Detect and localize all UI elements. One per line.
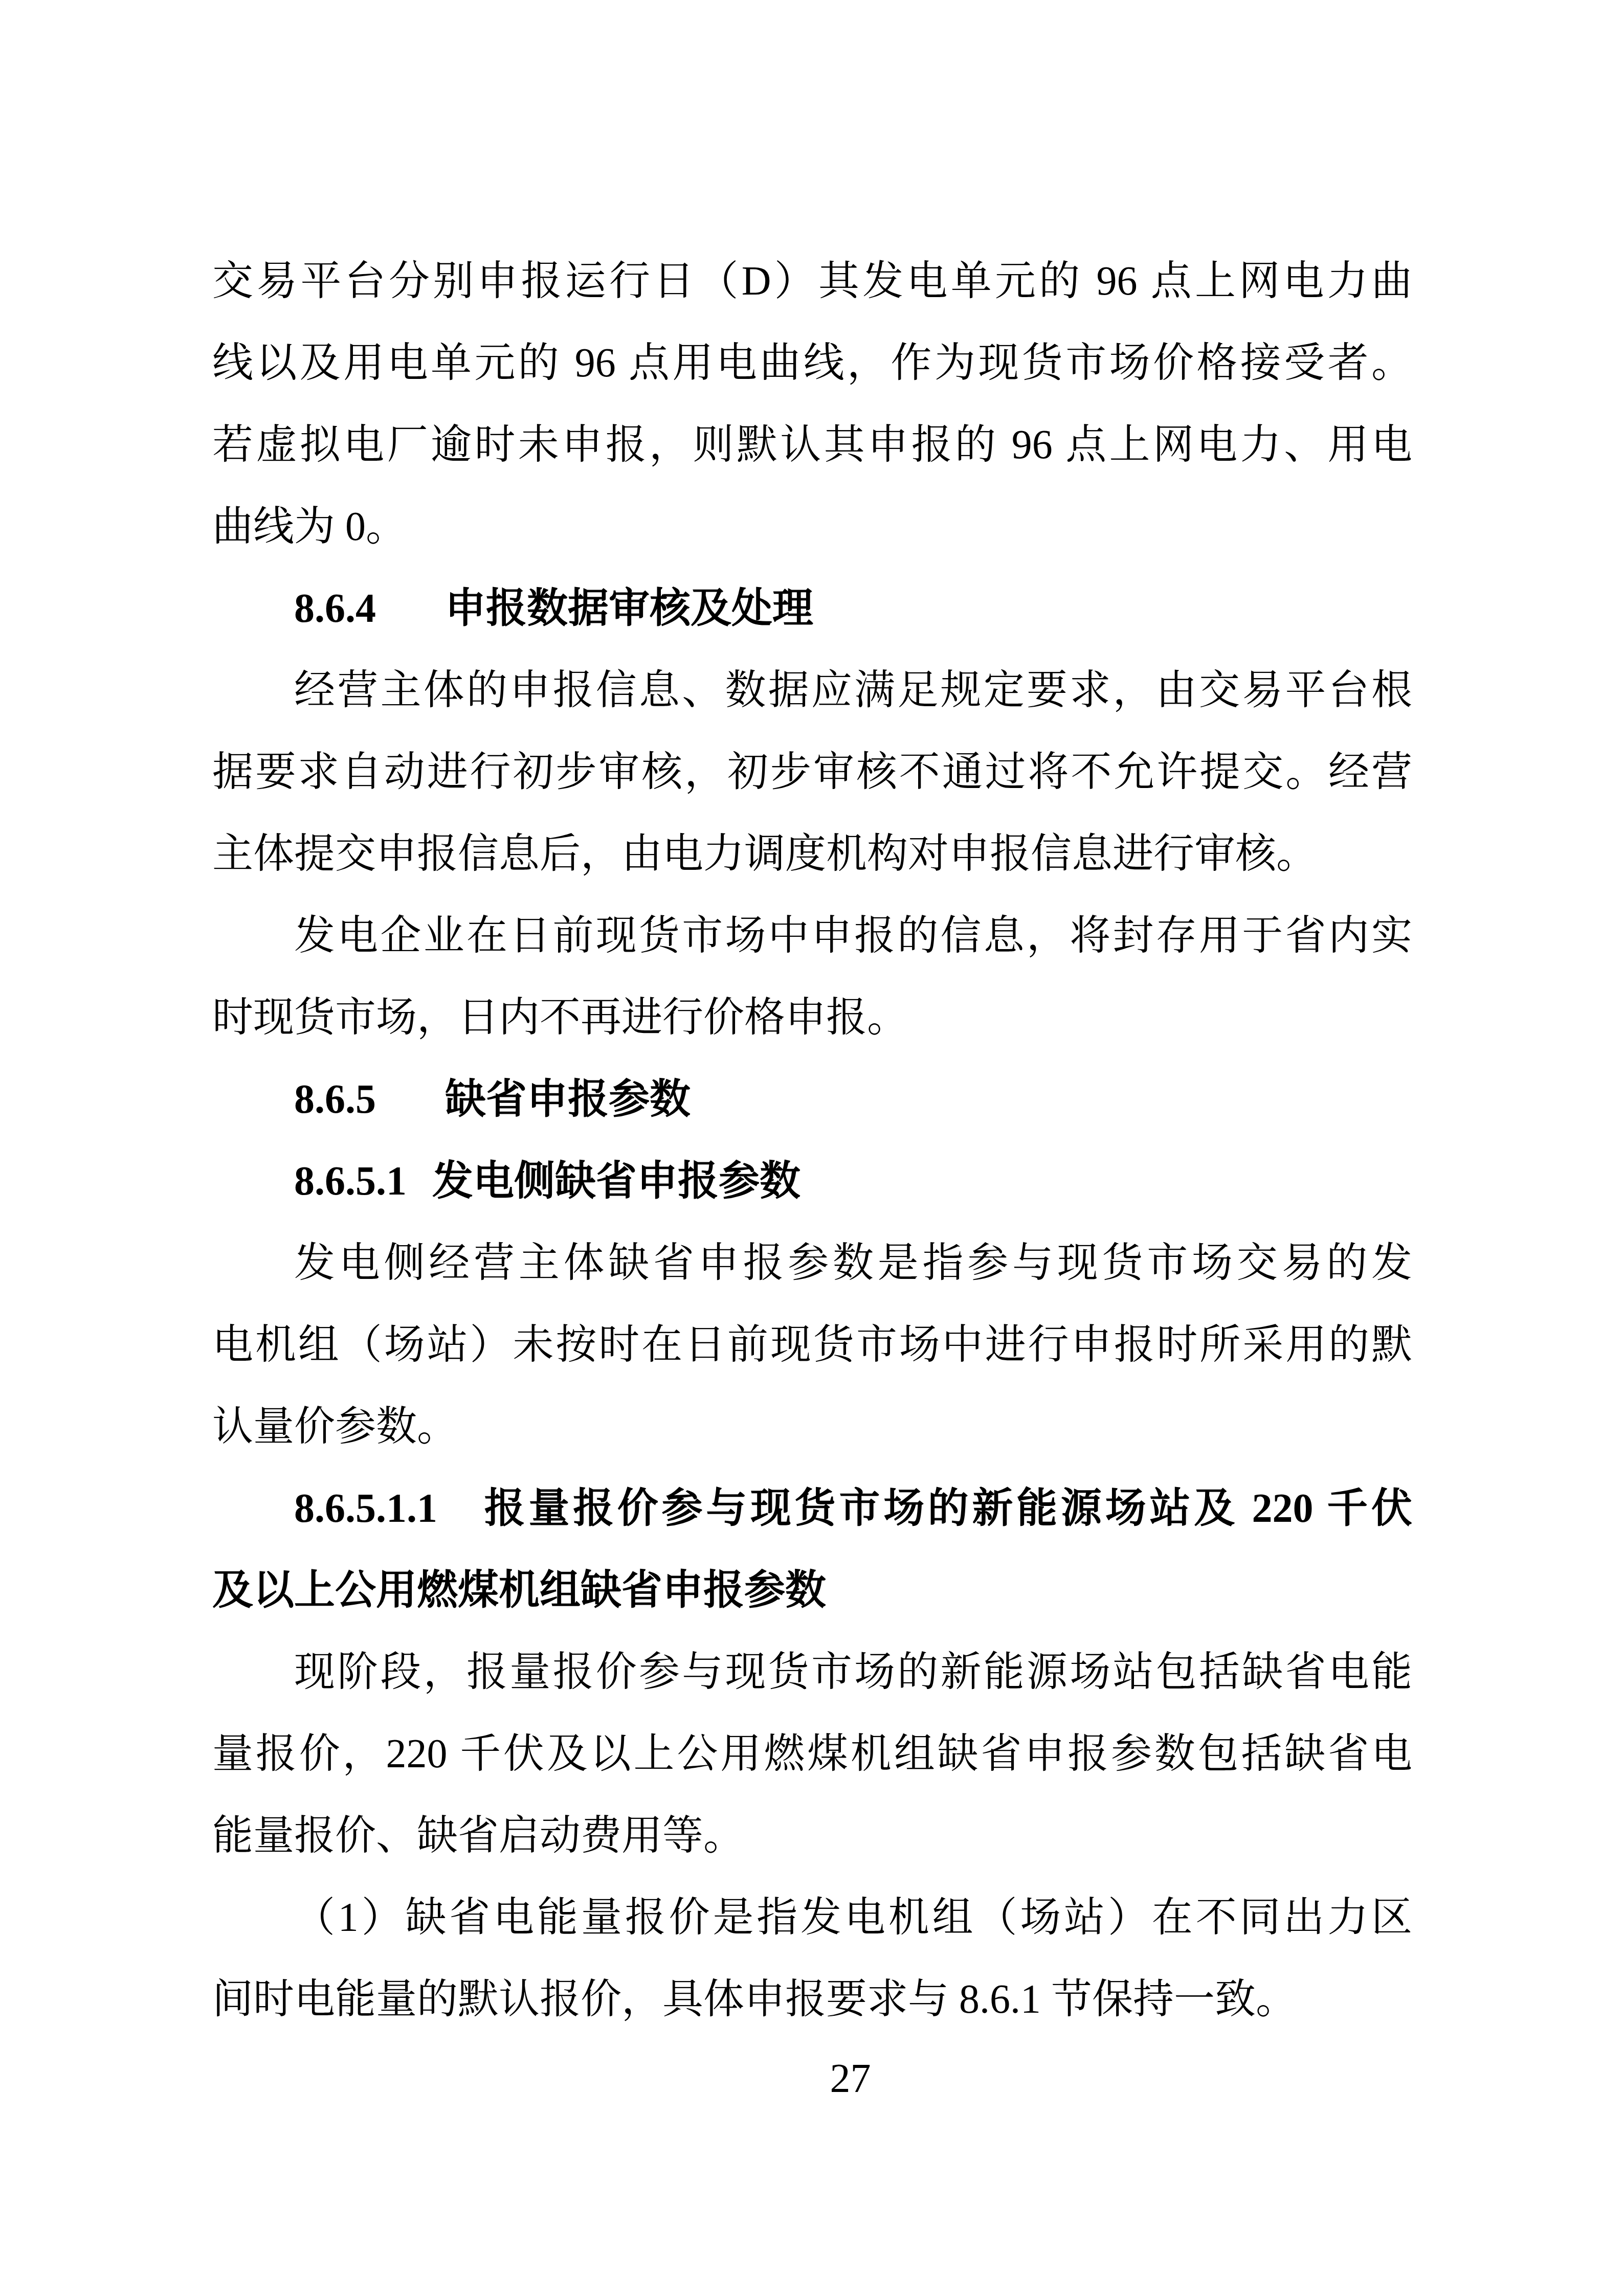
heading-title: 发电侧缺省申报参数 (432, 1159, 800, 1204)
paragraph-line: 据要求自动进行初步审核，初步审核不通过将不允许提交。经营 (212, 731, 1412, 813)
document-page: 交易平台分别申报运行日（D）其发电单元的 96 点上网电力曲 线以及用电单元的 … (0, 0, 1624, 2296)
paragraph-line: 能量报价、缺省启动费用等。 (212, 1795, 1412, 1877)
heading-title: 报量报价参与现货市场的新能源场站及 220 千伏 (481, 1486, 1412, 1531)
paragraph-line: 现阶段，报量报价参与现货市场的新能源场站包括缺省电能 (212, 1631, 1412, 1713)
paragraph-line: 认量价参数。 (212, 1386, 1412, 1468)
paragraph-line: 线以及用电单元的 96 点用电曲线，作为现货市场价格接受者。 (212, 322, 1412, 404)
paragraph-line: 若虚拟电厂逾时未申报，则默认其申报的 96 点上网电力、用电 (212, 404, 1412, 486)
paragraph-line: 发电侧经营主体缺省申报参数是指参与现货市场交易的发 (212, 1222, 1412, 1304)
section-heading-8-6-5-1: 8.6.5.1发电侧缺省申报参数 (212, 1140, 1412, 1222)
heading-number: 8.6.4 (294, 586, 376, 631)
heading-title: 及以上公用燃煤机组缺省申报参数 (212, 1568, 826, 1613)
paragraph-line: 电机组（场站）未按时在日前现货市场中进行申报时所采用的默 (212, 1304, 1412, 1386)
page-content: 交易平台分别申报运行日（D）其发电单元的 96 点上网电力曲 线以及用电单元的 … (212, 240, 1412, 2040)
paragraph-line: 曲线为 0。 (212, 486, 1412, 568)
paragraph-line: 主体提交申报信息后，由电力调度机构对申报信息进行审核。 (212, 813, 1412, 895)
paragraph-line: 发电企业在日前现货市场中申报的信息，将封存用于省内实 (212, 895, 1412, 977)
heading-number: 8.6.5.1 (294, 1159, 407, 1204)
section-heading-8-6-5-1-1-line2: 及以上公用燃煤机组缺省申报参数 (212, 1549, 1412, 1631)
heading-number: 8.6.5.1.1 (294, 1486, 437, 1531)
paragraph-line: （1）缺省电能量报价是指发电机组（场站）在不同出力区 (212, 1877, 1412, 1959)
heading-title: 申报数据审核及处理 (445, 586, 813, 631)
section-heading-8-6-4: 8.6.4申报数据审核及处理 (212, 568, 1412, 649)
paragraph-line: 量报价，220 千伏及以上公用燃煤机组缺省申报参数包括缺省电 (212, 1713, 1412, 1795)
paragraph-line: 经营主体的申报信息、数据应满足规定要求，由交易平台根 (212, 649, 1412, 731)
heading-title: 缺省申报参数 (445, 1077, 691, 1122)
page-number: 27 (0, 2038, 1624, 2120)
paragraph-line: 交易平台分别申报运行日（D）其发电单元的 96 点上网电力曲 (212, 240, 1412, 322)
section-heading-8-6-5: 8.6.5缺省申报参数 (212, 1059, 1412, 1140)
heading-number: 8.6.5 (294, 1077, 376, 1122)
paragraph-line: 间时电能量的默认报价，具体申报要求与 8.6.1 节保持一致。 (212, 1959, 1412, 2040)
section-heading-8-6-5-1-1: 8.6.5.1.1报量报价参与现货市场的新能源场站及 220 千伏 (212, 1468, 1412, 1549)
paragraph-line: 时现货市场，日内不再进行价格申报。 (212, 977, 1412, 1059)
